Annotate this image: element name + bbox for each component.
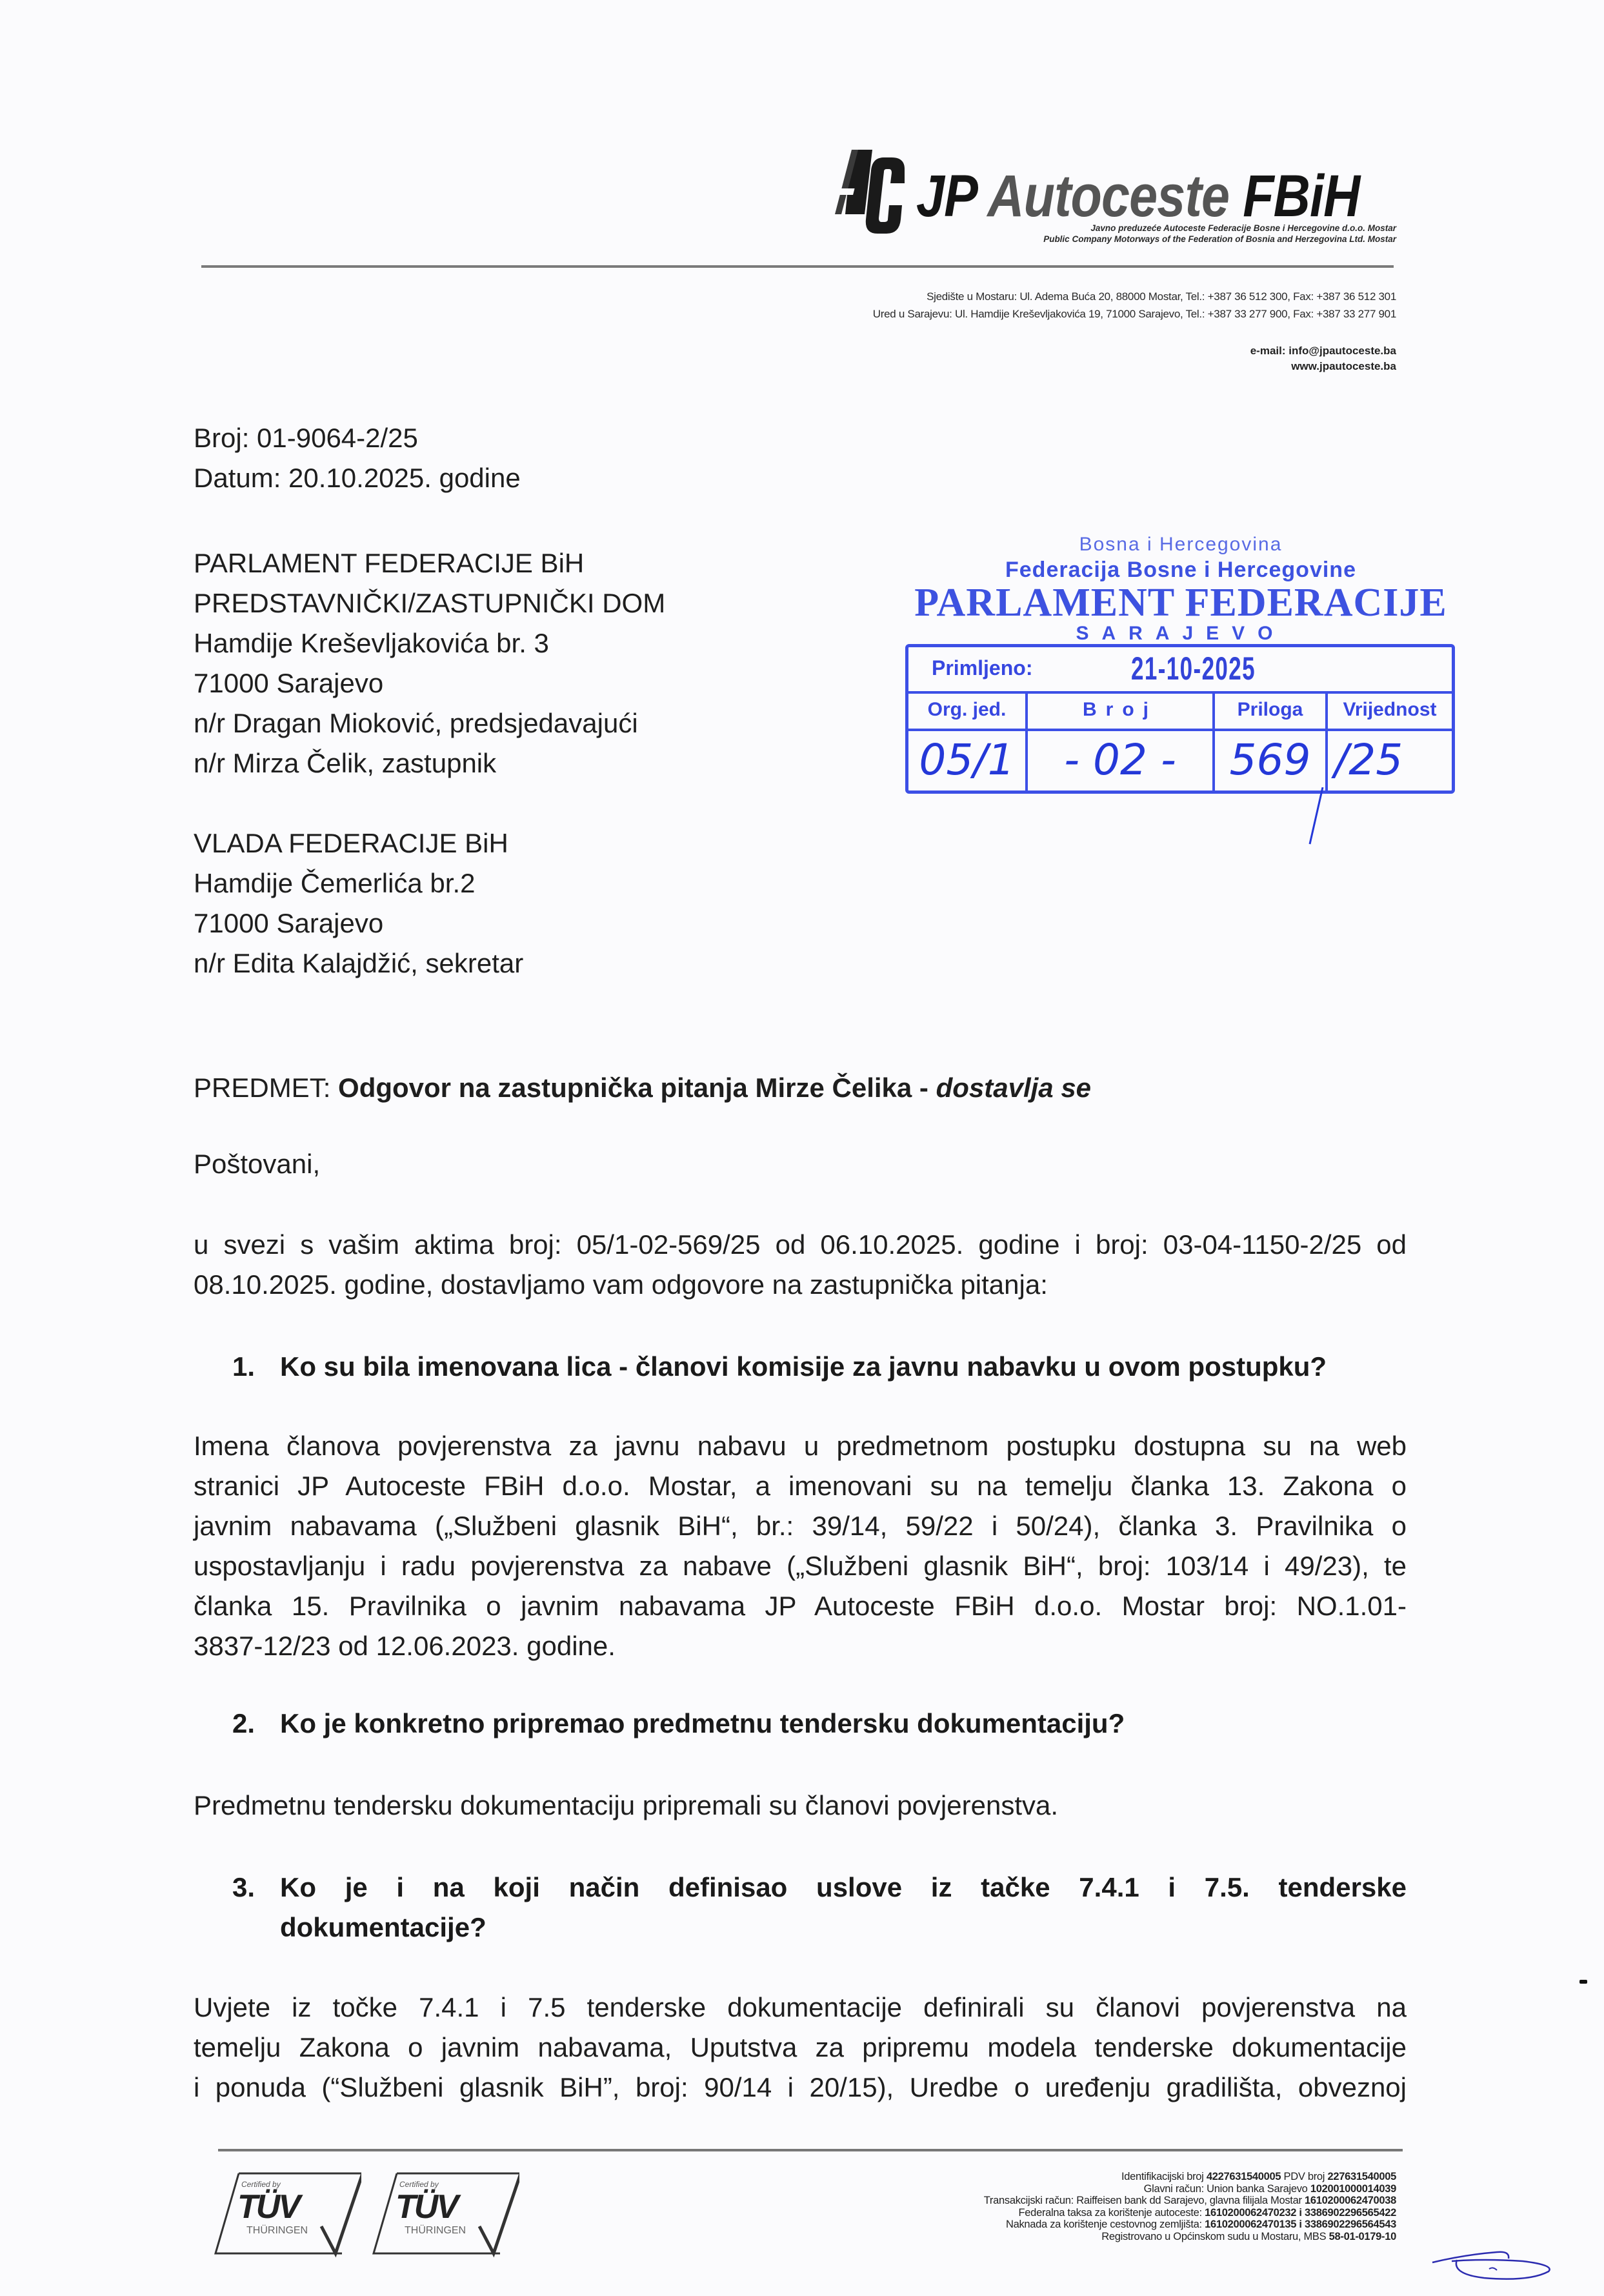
stamp-received-label: Primljeno:: [932, 656, 1032, 680]
paragraph-line: Imena članova povjerenstva za javnu naba…: [194, 1426, 1407, 1466]
question-number: 2.: [232, 1704, 280, 1744]
address-sarajevo: Ured u Sarajevu: Ul. Hamdije Kreševljako…: [873, 305, 1396, 323]
stamp-city: SARAJEVO: [903, 623, 1458, 645]
answer-3: Uvjete iz točke 7.4.1 i 7.5 tenderske do…: [194, 1988, 1407, 2108]
cert-region: THÜRINGEN: [246, 2225, 308, 2237]
stamp-header-row: Org. jed. Broj Priloga Vrijednost: [908, 691, 1452, 731]
main-account-label: Glavni račun: Union banka Sarajevo: [1144, 2183, 1308, 2195]
recipient-line: 71000 Sarajevo: [194, 903, 523, 943]
tuv-certification-badge: Certified by TÜV THÜRINGEN: [371, 2168, 519, 2259]
subject-label: PREDMET:: [194, 1072, 330, 1103]
recipient-line: Hamdije Kreševljakovića br. 3: [194, 623, 665, 663]
stamp-received-date: 21-10-2025: [1131, 650, 1256, 687]
main-account-value: 102001000014039: [1310, 2183, 1396, 2195]
company-name-suffix: FBiH: [1243, 163, 1359, 229]
company-name: JP Autoceste FBiH: [916, 166, 1359, 226]
recipient-line: PARLAMENT FEDERACIJE BiH: [194, 543, 665, 583]
intro-paragraph: u svezi s vašim aktima broj: 05/1-02-569…: [194, 1225, 1407, 1305]
subject-suffix: dostavlja se: [936, 1072, 1091, 1103]
federal-tax-value: 1610200062470232 i 3386902296565422: [1205, 2207, 1396, 2219]
paragraph-line: 3837-12/23 od 12.06.2023. godine.: [194, 1626, 1407, 1666]
reference-date: Datum: 20.10.2025. godine: [194, 458, 521, 498]
paragraph-line: članka 15. Pravilnika o javnim nabavama …: [194, 1586, 1407, 1626]
stamp-col-value: Vrijednost: [1343, 699, 1436, 721]
company-logo-icon: [832, 143, 910, 240]
recipient-line: n/r Edita Kalajdžić, sekretar: [194, 943, 523, 983]
stamp-entity: Federacija Bosne i Hercegovine: [903, 557, 1458, 583]
question-text: dokumentacije?: [232, 1908, 1407, 1948]
company-subtitle-en: Public Company Motorways of the Federati…: [1043, 234, 1396, 245]
recipient-line: PREDSTAVNIČKI/ZASTUPNIČKI DOM: [194, 583, 665, 623]
transaction-account-value: 1610200062470038: [1305, 2195, 1396, 2206]
id-label: Identifikacijski broj: [1121, 2171, 1204, 2182]
paragraph-line: javnim nabavama („Službeni glasnik BiH“,…: [194, 1506, 1407, 1546]
recipient-government: VLADA FEDERACIJE BiH Hamdije Čemerlića b…: [194, 823, 523, 983]
answer-2: Predmetnu tendersku dokumentaciju pripre…: [194, 1786, 1407, 1826]
cert-name: TÜV: [237, 2188, 299, 2226]
stamp-col-attachments: Priloga: [1238, 699, 1303, 721]
stamp-received-row: Primljeno: 21-10-2025: [908, 647, 1452, 694]
stamp-col-org: Org. jed.: [928, 699, 1007, 721]
header-divider: [201, 265, 1394, 268]
question-1: 1.Ko su bila imenovana lica - članovi ko…: [232, 1347, 1407, 1387]
paragraph-line: 08.10.2025. godine, dostavljamo vam odgo…: [194, 1265, 1407, 1305]
stamp-institution: PARLAMENT FEDERACIJE: [903, 583, 1458, 623]
paragraph-line: u svezi s vašim aktima broj: 05/1-02-569…: [194, 1225, 1407, 1265]
footer-divider: [218, 2149, 1403, 2151]
road-fee-label: Naknada za korištenje cestovnog zemljišt…: [1006, 2219, 1202, 2230]
paragraph-line: Uvjete iz točke 7.4.1 i 7.5 tenderske do…: [194, 1988, 1407, 2028]
paragraph-line: uspostavljanju i radu povjerenstva za na…: [194, 1546, 1407, 1586]
company-email[interactable]: e-mail: info@jpautoceste.ba: [1250, 343, 1396, 359]
id-value: 4227631540005: [1207, 2171, 1281, 2182]
scan-artifact: [1579, 1980, 1587, 1984]
recipient-parliament: PARLAMENT FEDERACIJE BiH PREDSTAVNIČKI/Z…: [194, 543, 665, 783]
question-text: Ko je i na koji način definisao uslove i…: [280, 1872, 1407, 1902]
vat-value: 227631540005: [1327, 2171, 1396, 2182]
paragraph-line: stranici JP Autoceste FBiH d.o.o. Mostar…: [194, 1466, 1407, 1506]
paragraph-line: Predmetnu tendersku dokumentaciju pripre…: [194, 1786, 1407, 1826]
recipient-line: Hamdije Čemerlića br.2: [194, 863, 523, 903]
stamp-value-org: 05/1: [919, 735, 1014, 785]
question-text: Ko su bila imenovana lica - članovi komi…: [280, 1351, 1327, 1382]
recipient-line: 71000 Sarajevo: [194, 663, 665, 703]
signature-icon: [1426, 2246, 1587, 2284]
registration-value: 58-01-0179-10: [1329, 2231, 1396, 2242]
question-text: Ko je konkretno pripremao predmetnu tend…: [280, 1708, 1125, 1738]
answer-1: Imena članova povjerenstva za javnu naba…: [194, 1426, 1407, 1666]
reference-number: Broj: 01-9064-2/25: [194, 418, 418, 458]
cert-region: THÜRINGEN: [405, 2225, 466, 2237]
stamp-handwritten-stroke-icon: [1303, 787, 1329, 845]
received-stamp: Primljeno: 21-10-2025 Org. jed. Broj Pri…: [905, 644, 1455, 794]
registration-label: Registrovano u Općinskom sudu u Mostaru,…: [1101, 2231, 1326, 2242]
paragraph-line: temelju Zakona o javnim nabavama, Uputst…: [194, 2028, 1407, 2068]
cert-name: TÜV: [396, 2188, 457, 2226]
company-contact: e-mail: info@jpautoceste.ba www.jpautoce…: [1250, 343, 1396, 374]
stamp-value-row: 05/1 - 02 - 569 /25: [908, 729, 1452, 791]
vat-label: PDV broj: [1284, 2171, 1325, 2182]
federal-tax-label: Federalna taksa za korištenje autoceste:: [1019, 2207, 1202, 2219]
address-mostar: Sjedište u Mostaru: Ul. Adema Buća 20, 8…: [873, 288, 1396, 305]
subject-title: Odgovor na zastupnička pitanja Mirze Čel…: [338, 1072, 928, 1103]
company-subtitle: Javno preduzeće Autoceste Federacije Bos…: [1043, 223, 1396, 245]
question-number: 1.: [232, 1347, 280, 1387]
tuv-certification-badge: Certified by TÜV THÜRINGEN: [213, 2168, 361, 2259]
stamp-value-attachments: 569: [1230, 735, 1311, 785]
transaction-account-label: Transakcijski račun: Raiffeisen bank dd …: [984, 2195, 1302, 2206]
recipient-line: n/r Dragan Mioković, predsjedavajući: [194, 703, 665, 743]
company-subtitle-bs: Javno preduzeće Autoceste Federacije Bos…: [1043, 223, 1396, 234]
stamp-country: Bosna i Hercegovina: [903, 532, 1458, 557]
stamp-col-number: Broj: [1083, 699, 1158, 721]
company-registration-info: Identifikacijski broj 4227631540005 PDV …: [984, 2171, 1396, 2242]
subject-line: PREDMET: Odgovor na zastupnička pitanja …: [194, 1068, 1091, 1108]
stamp-value-number: - 02 -: [1064, 735, 1176, 785]
recipient-line: n/r Mirza Čelik, zastupnik: [194, 743, 665, 783]
recipient-line: VLADA FEDERACIJE BiH: [194, 823, 523, 863]
stamp-value-year: /25: [1334, 735, 1403, 785]
company-name-prefix: JP: [916, 163, 976, 229]
greeting: Poštovani,: [194, 1144, 320, 1184]
question-number: 3.: [232, 1868, 280, 1908]
company-name-main: Autoceste: [987, 163, 1229, 229]
paragraph-line: i ponuda (“Službeni glasnik BiH”, broj: …: [194, 2068, 1407, 2108]
received-stamp-header: Bosna i Hercegovina Federacija Bosne i H…: [903, 532, 1458, 645]
question-3: 3.Ko je i na koji način definisao uslove…: [232, 1868, 1407, 1948]
question-2: 2.Ko je konkretno pripremao predmetnu te…: [232, 1704, 1407, 1744]
company-addresses: Sjedište u Mostaru: Ul. Adema Buća 20, 8…: [873, 288, 1396, 323]
road-fee-value: 1610200062470135 i 3386902296564543: [1205, 2219, 1396, 2230]
company-website[interactable]: www.jpautoceste.ba: [1250, 359, 1396, 374]
